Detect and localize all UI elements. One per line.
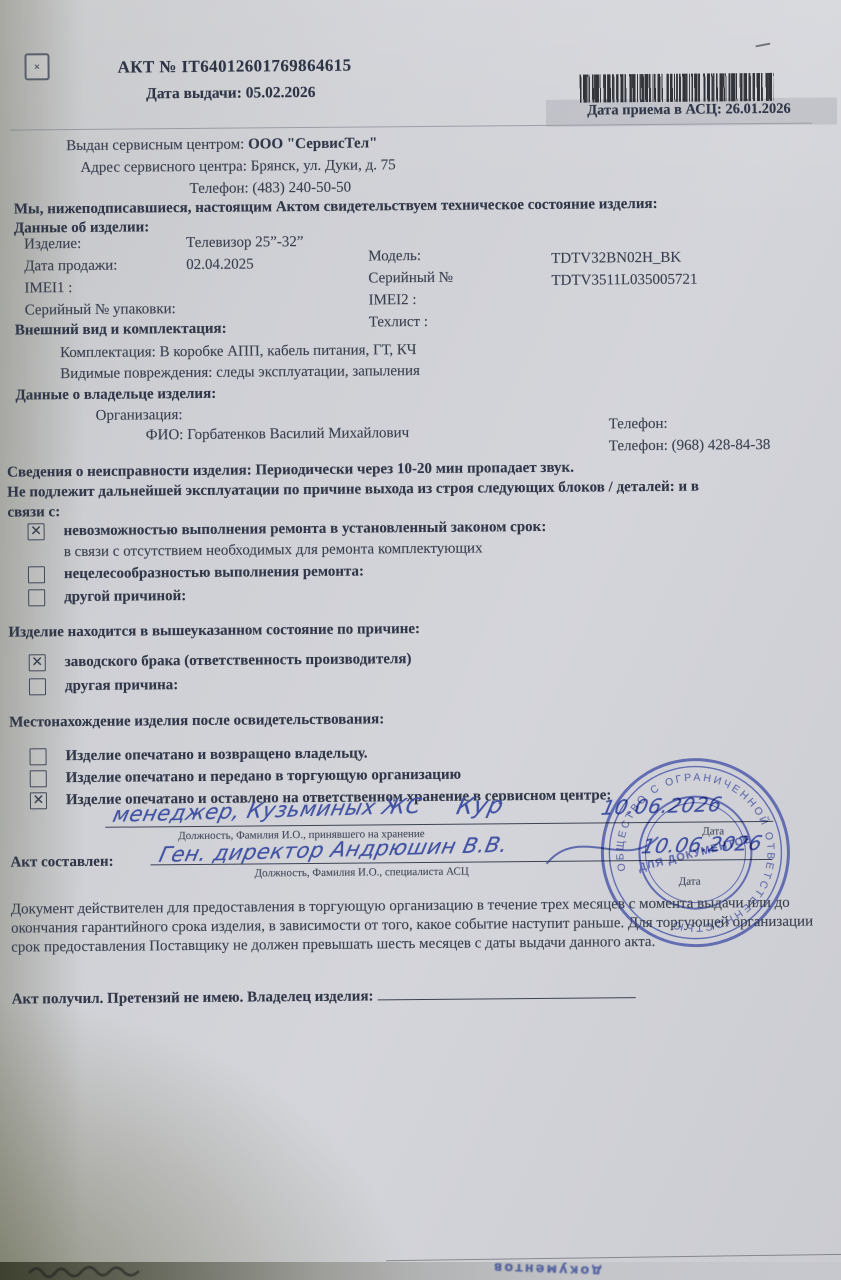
accept-date-line: Дата приема в АСЦ: 26.01.2026 [547, 100, 831, 119]
condition-label: заводского брака (ответственность произв… [65, 650, 412, 672]
product-value: TDTV32BN02H_BK [551, 248, 820, 272]
checkbox-other-reason [28, 589, 45, 606]
service-center-address: Адрес сервисного центра: Брянск, ул. Дук… [80, 156, 395, 178]
product-value: TDTV3511L035005721 [551, 270, 820, 294]
received-text: Акт получил. Претензий не имею. Владелец… [12, 988, 374, 1007]
service-center-phone: Телефон: (483) 240-50-50 [190, 179, 352, 199]
stamp-center-text: ДЛЯ ДОКУМЕНТОВ [637, 833, 754, 874]
checkbox-factory-defect [29, 654, 46, 671]
specialist-caption: Должность, Фамилия И.О., специалиста АСЦ [255, 866, 469, 880]
barcode [580, 73, 774, 103]
owner-fio-line: ФИО: Горбатенков Василий Михайлович [146, 424, 410, 445]
checkbox-returned-to-owner [29, 748, 46, 765]
reason-label: нецелесообразностью выполнения ремонта: [64, 562, 364, 584]
checkbox-given-to-seller [30, 770, 47, 787]
checkbox-kept-in-service-center [30, 792, 47, 809]
received-line: Акт получил. Претензий не имею. Владелец… [12, 982, 832, 1009]
issued-by-label: Выдан сервисным центром: [66, 137, 244, 155]
product-label: Дата продажи: [24, 257, 186, 280]
location-label: Изделие опечатано и передано в торгующую… [66, 766, 461, 788]
address-value: Брянск, ул. Дуки, д. 75 [251, 157, 396, 174]
service-center-line: Выдан сервисным центром: ООО "СервисТел" [66, 134, 377, 156]
reason-label: другой причиной: [64, 587, 186, 607]
document-body: × АКТ № IT64012601769864615 Дата выдачи:… [0, 0, 841, 1280]
scanned-service-act: × АКТ № IT64012601769864615 Дата выдачи:… [0, 0, 841, 1280]
condition-label: другая причина: [65, 676, 178, 696]
owner-heading: Данные о владельце изделия: [15, 385, 216, 406]
product-label: Техлист : [369, 313, 552, 337]
keeper-signature-flourish: Кур [454, 793, 506, 820]
issue-date-line: Дата выдачи: 05.02.2026 [0, 83, 466, 105]
statement-line: Мы, нижеподписавшиеся, настоящим Актом с… [14, 193, 826, 219]
act-compiled-label: Акт составлен: [10, 853, 113, 873]
issued-by-value: ООО "СервисТел" [248, 135, 377, 152]
location-heading: Местонахождение изделия после освидетель… [9, 710, 384, 732]
product-label: IMEI1 : [24, 279, 186, 302]
product-label: IMEI2 : [369, 291, 552, 315]
owner-phone-label: Телефон: [609, 415, 668, 435]
product-label: Серийный № [368, 269, 551, 293]
product-value: Телевизор 25”-32” [186, 233, 368, 257]
bleed-through-handwriting [25, 1263, 195, 1279]
product-value [552, 292, 821, 316]
product-data-grid: Изделие: Телевизор 25”-32” Модель: TDTV3… [24, 230, 821, 325]
completeness-line: Комплектация: В коробке АПП, кабель пита… [60, 341, 417, 363]
product-value [186, 277, 368, 301]
organization-label: Организация: [96, 406, 183, 426]
validity-paragraph: Документ действителен для предоставления… [11, 893, 825, 957]
location-label: Изделие опечатано и возвращено владельцу… [65, 744, 367, 766]
condition-heading: Изделие находится в вышеуказанном состоя… [8, 620, 420, 643]
address-label: Адрес сервисного центра: [80, 158, 247, 175]
damage-line: Видимые повреждения: следы эксплуатации,… [60, 362, 420, 384]
pen-mark [755, 43, 770, 48]
appearance-heading: Внешний вид и комплектация: [15, 320, 227, 341]
malfunction-line3: связи с: [7, 503, 60, 522]
product-value: 02.04.2025 [186, 255, 368, 279]
checkbox-repair-inexpedient [28, 566, 45, 583]
act-title: АКТ № IT64012601769864615 [0, 55, 474, 79]
reason-sub: в связи с отсутствием необходимых для ре… [64, 539, 483, 562]
owner-phone-line: Телефон: (968) 428-84-38 [609, 436, 771, 456]
reason-label: невозможностью выполнения ремонта в уста… [64, 518, 547, 541]
product-label: Изделие: [24, 235, 186, 258]
checkbox-repair-impossible [28, 523, 45, 540]
product-label: Модель: [368, 247, 551, 271]
product-value [552, 314, 821, 338]
checkbox-other-cause [29, 678, 46, 695]
owner-signature-blank [377, 984, 635, 1000]
